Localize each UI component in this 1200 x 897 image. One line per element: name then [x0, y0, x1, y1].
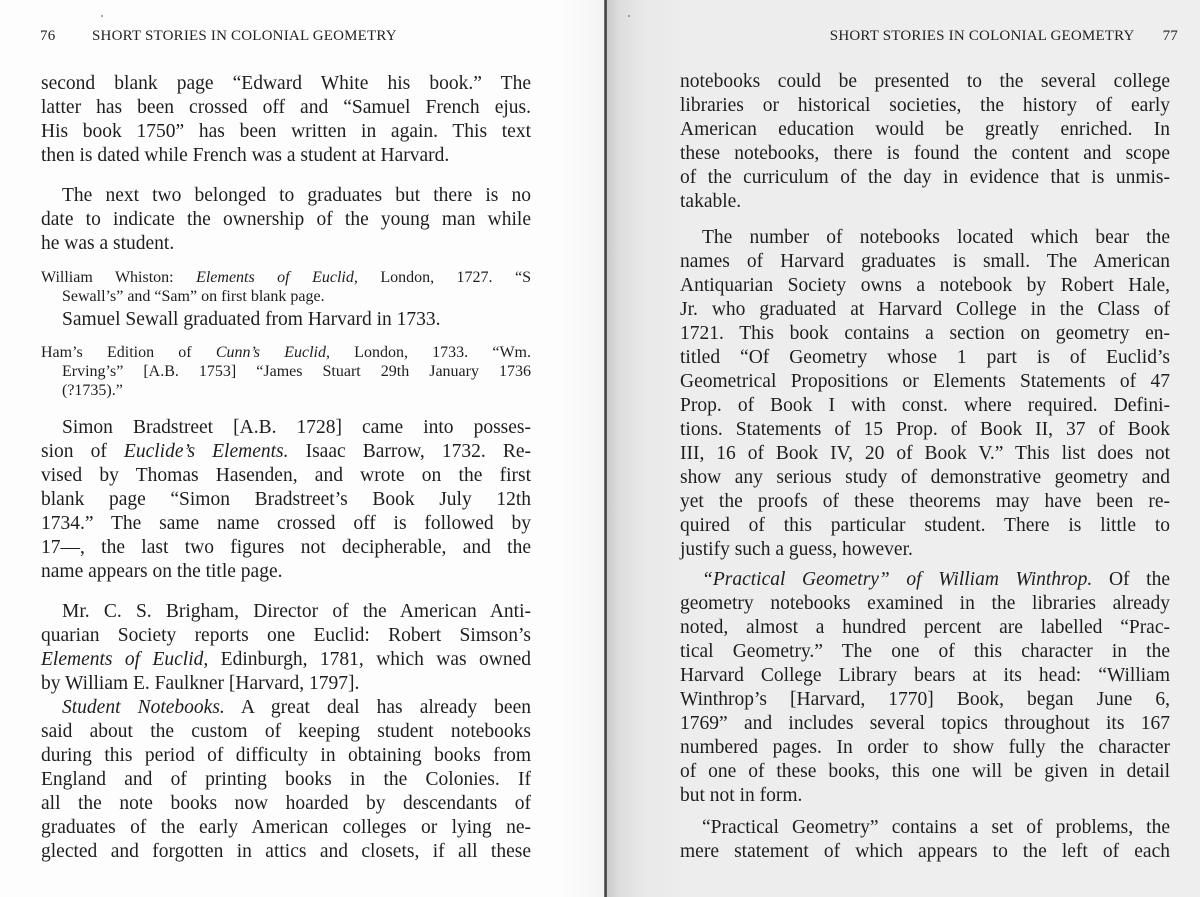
text-line: all the note books now hoarded by descen…	[41, 792, 531, 816]
text-line: name appears on the title page.	[41, 560, 531, 584]
text-line: latter has been crossed off and “Samuel …	[41, 96, 531, 120]
text-line: 1721. This book contains a section on ge…	[680, 322, 1170, 346]
text-line: The next two belonged to graduates but t…	[62, 184, 531, 208]
text-line: quired of this particular student. There…	[680, 514, 1170, 538]
text-line: graduates of the early American colleges…	[41, 816, 531, 840]
page-number-right: 77	[1163, 28, 1178, 45]
text-span: sion of	[41, 441, 124, 462]
text-line: tical Geometry.” The one of this charact…	[680, 640, 1170, 664]
text-line: 1769” and includes several topics throug…	[680, 712, 1170, 736]
running-head-title-left: SHORT STORIES IN COLONIAL GEOMETRY	[92, 28, 397, 44]
text-line: yet the proofs of these theorems may hav…	[680, 490, 1170, 514]
left-page: 76SHORT STORIES IN COLONIAL GEOMETRY sec…	[0, 0, 606, 897]
text-line: noted, almost a hundred percent are labe…	[680, 616, 1170, 640]
text-line: blank page “Simon Bradstreet’s Book July…	[41, 488, 531, 512]
citation-text: London, 1727. “S	[358, 269, 531, 286]
citation-whiston: William Whiston: Elements of Euclid, Lon…	[41, 268, 531, 287]
text-line: libraries or historical societies, the h…	[680, 94, 1170, 118]
text-line: American education would be greatly enri…	[680, 118, 1170, 142]
text-span: A great deal has already been	[225, 697, 531, 718]
text-line: “Practical Geometry” contains a set of p…	[702, 816, 1170, 840]
running-head-title-right: SHORT STORIES IN COLONIAL GEOMETRY	[830, 28, 1135, 44]
citation-text: William Whiston:	[41, 269, 196, 286]
citation-note: Samuel Sewall graduated from Harvard in …	[62, 308, 531, 332]
book-spine	[604, 0, 607, 897]
book-title: Cunn’s Euclid,	[216, 344, 330, 361]
text-line: mere statement of which appears to the l…	[680, 840, 1170, 864]
text-line: second blank page “Edward White his book…	[41, 72, 531, 96]
text-line: vised by Thomas Hasenden, and wrote on t…	[41, 464, 531, 488]
citation-text: (?1735).”	[62, 381, 531, 400]
text-line: show any serious study of demonstrative …	[680, 466, 1170, 490]
running-head-right: SHORT STORIES IN COLONIAL GEOMETRY77	[830, 28, 1178, 45]
text-line: titled “Of Geometry whose 1 part is of E…	[680, 346, 1170, 370]
text-line: by William E. Faulkner [Harvard, 1797].	[41, 672, 531, 696]
running-head-left: 76SHORT STORIES IN COLONIAL GEOMETRY	[40, 28, 397, 45]
text-line: sion of Euclide’s Elements. Isaac Barrow…	[41, 440, 531, 464]
text-line: but not in form.	[680, 784, 1170, 808]
text-line: names of Harvard graduates is small. The…	[680, 250, 1170, 274]
text-line: tions. Statements of 15 Prop. of Book II…	[680, 418, 1170, 442]
paper-speck	[101, 15, 103, 17]
text-line: takable.	[680, 190, 1170, 214]
text-line: notebooks could be presented to the seve…	[680, 70, 1170, 94]
text-line: Winthrop’s [Harvard, 1770] Book, began J…	[680, 688, 1170, 712]
citation-text: Sewall’s” and “Sam” on first blank page.	[62, 287, 531, 306]
section-heading: Student Notebooks.	[62, 697, 225, 718]
text-line: Harvard College Library bears at its hea…	[680, 664, 1170, 688]
text-line: His book 1750” has been written in again…	[41, 120, 531, 144]
text-line: Elements of Euclid, Edinburgh, 1781, whi…	[41, 648, 531, 672]
text-span: Edinburgh, 1781, which was owned	[208, 649, 531, 670]
text-line: 17—, the last two figures not decipherab…	[41, 536, 531, 560]
text-line: Simon Bradstreet [A.B. 1728] came into p…	[62, 416, 531, 440]
citation-ham: Ham’s Edition of Cunn’s Euclid, London, …	[41, 343, 531, 362]
citation-text: Ham’s Edition of	[41, 344, 216, 361]
text-span: Of the	[1092, 569, 1170, 590]
book-title: Elements of Euclid,	[196, 269, 358, 286]
page-number-left: 76	[40, 28, 92, 45]
book-title: Elements of Euclid,	[41, 649, 208, 670]
section-heading-line: “Practical Geometry” of William Winthrop…	[702, 568, 1170, 592]
citation-text: London, 1733. “Wm.	[330, 344, 531, 361]
text-line: geometry notebooks examined in the libra…	[680, 592, 1170, 616]
text-line: The number of notebooks located which be…	[702, 226, 1170, 250]
text-line: during this period of difficulty in obta…	[41, 744, 531, 768]
text-line: justify such a guess, however.	[680, 538, 1170, 562]
text-line: Geometrical Propositions or Elements Sta…	[680, 370, 1170, 394]
text-line: 1734.” The same name crossed off is foll…	[41, 512, 531, 536]
book-title: Euclide’s Elements.	[124, 441, 289, 462]
paper-speck	[628, 15, 630, 17]
text-line: he was a student.	[41, 232, 531, 256]
text-line: Mr. C. S. Brigham, Director of the Ameri…	[62, 600, 531, 624]
text-line: of one of these books, this one will be …	[680, 760, 1170, 784]
text-line: these notebooks, there is found the cont…	[680, 142, 1170, 166]
text-line: Antiquarian Society owns a notebook by R…	[680, 274, 1170, 298]
text-line: glected and forgotten in attics and clos…	[41, 840, 531, 864]
text-line: Jr. who graduated at Harvard College in …	[680, 298, 1170, 322]
citation-text: Erving’s” [A.B. 1753] “James Stuart 29th…	[62, 362, 531, 381]
text-line: Prop. of Book I with const. where requir…	[680, 394, 1170, 418]
text-line: III, 16 of Book IV, 20 of Book V.” This …	[680, 442, 1170, 466]
section-heading-line: Student Notebooks. A great deal has alre…	[62, 696, 531, 720]
text-line: numbered pages. In order to show fully t…	[680, 736, 1170, 760]
text-line: quarian Society reports one Euclid: Robe…	[41, 624, 531, 648]
gutter-shadow	[560, 0, 604, 897]
text-line: of the curriculum of the day in evidence…	[680, 166, 1170, 190]
text-span: Isaac Barrow, 1732. Re-	[289, 441, 532, 462]
text-line: said about the custom of keeping student…	[41, 720, 531, 744]
text-line: England and of printing books in the Col…	[41, 768, 531, 792]
section-heading: “Practical Geometry” of William Winthrop…	[702, 569, 1092, 590]
text-line: then is dated while French was a student…	[41, 144, 531, 168]
text-line: date to indicate the ownership of the yo…	[41, 208, 531, 232]
